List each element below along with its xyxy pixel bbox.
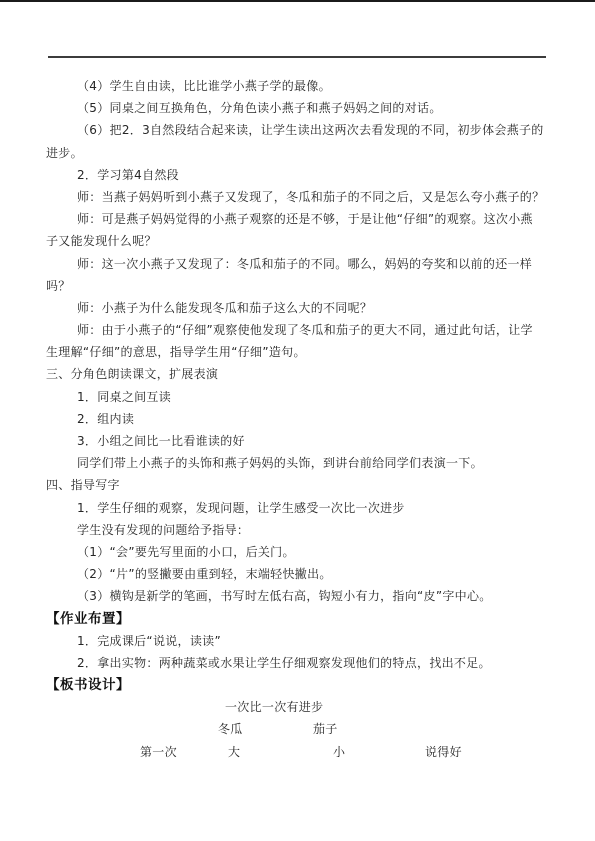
text-line: 2．组内读 — [46, 408, 556, 430]
document-content: （4）学生自由读，比比谁学小燕子学的最像。（5）同桌之间互换角色，分角色读小燕子… — [46, 75, 556, 763]
text-line: 吗？ — [46, 275, 556, 297]
text-line: 同学们带上小燕子的头饰和燕子妈妈的头饰，到讲台前给同学们表演一下。 — [46, 452, 556, 474]
document-page: （4）学生自由读，比比谁学小燕子学的最像。（5）同桌之间互换角色，分角色读小燕子… — [0, 0, 595, 841]
text-line: （1）“会”要先写里面的小口，后关门。 — [46, 541, 556, 563]
text-line: 2．拿出实物：两种蔬菜或水果让学生仔细观察发现他们的特点，找出不足。 — [46, 652, 556, 674]
header-rule-line — [48, 56, 546, 58]
text-line: 师：小燕子为什么能发现冬瓜和茄子这么大的不同呢？ — [46, 297, 556, 319]
text-line: （4）学生自由读，比比谁学小燕子学的最像。 — [46, 75, 556, 97]
text-line: 师：当燕子妈妈听到小燕子又发现了，冬瓜和茄子的不同之后，又是怎么夸小燕子的？ — [46, 186, 556, 208]
text-line: （6）把2．3自然段结合起来读，让学生读出这两次去看发现的不同，初步体会燕子的 — [46, 119, 556, 141]
section-heading: 【板书设计】 — [46, 674, 556, 696]
text-line: 2．学习第4自然段 — [46, 164, 556, 186]
text-line: 进步。 — [46, 142, 556, 164]
text-line: 三、分角色朗读课文，扩展表演 — [46, 363, 556, 385]
board-row: 一次比一次有进步 — [46, 696, 556, 718]
section-heading: 【作业布置】 — [46, 608, 556, 630]
text-line: 学生没有发现的问题给予指导： — [46, 519, 556, 541]
text-line: 生理解“仔细”的意思，指导学生用“仔细”造句。 — [46, 341, 556, 363]
page-top-border — [0, 0, 595, 2]
text-line: （2）“片”的竖撇要由重到轻，末端轻快撇出。 — [46, 563, 556, 585]
board-text: 一次比一次有进步 — [225, 696, 323, 718]
text-line: 师：可是燕子妈妈觉得的小燕子观察的还是不够，于是让他“仔细”的观察。这次小燕 — [46, 208, 556, 230]
board-text: 小 — [333, 741, 345, 763]
text-line: 子又能发现什么呢？ — [46, 230, 556, 252]
text-line: 1．完成课后“说说，读读” — [46, 630, 556, 652]
board-row: 冬瓜茄子 — [46, 718, 556, 740]
text-line: （5）同桌之间互换角色，分角色读小燕子和燕子妈妈之间的对话。 — [46, 97, 556, 119]
text-line: 1．同桌之间互读 — [46, 386, 556, 408]
text-line: （3）横钩是新学的笔画，书写时左低右高，钩短小有力，指向“皮”字中心。 — [46, 585, 556, 607]
board-text: 冬瓜 — [218, 718, 243, 740]
text-line: 四、指导写字 — [46, 474, 556, 496]
board-text: 第一次 — [140, 741, 177, 763]
board-row: 第一次大小说得好 — [46, 741, 556, 763]
board-text: 茄子 — [313, 718, 338, 740]
text-line: 师：这一次小燕子又发现了：冬瓜和茄子的不同。哪么，妈妈的夸奖和以前的还一样 — [46, 253, 556, 275]
board-text: 说得好 — [425, 741, 462, 763]
text-line: 3．小组之间比一比看谁读的好 — [46, 430, 556, 452]
board-text: 大 — [228, 741, 240, 763]
text-line: 1．学生仔细的观察，发现问题，让学生感受一次比一次进步 — [46, 497, 556, 519]
text-line: 师：由于小燕子的“仔细”观察使他发现了冬瓜和茄子的更大不同，通过此句话，让学 — [46, 319, 556, 341]
